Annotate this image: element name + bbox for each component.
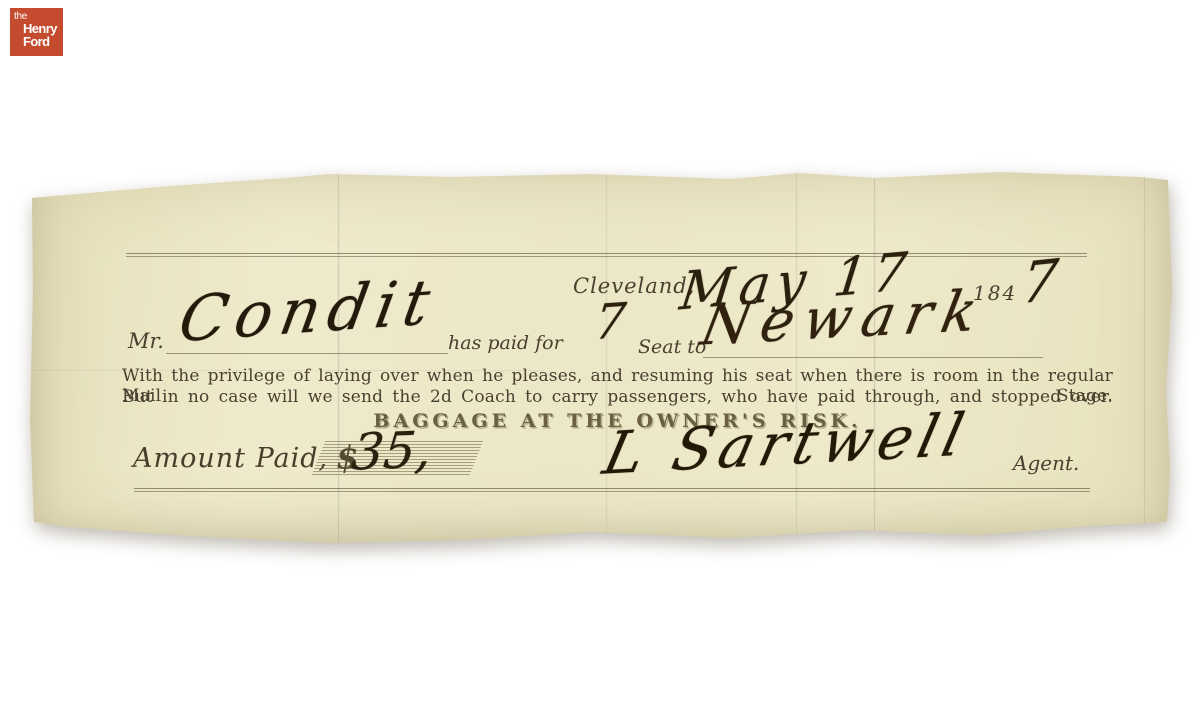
henry-ford-logo: the Henry Ford bbox=[10, 8, 63, 56]
amount-paid-label: Amount Paid, bbox=[133, 443, 328, 474]
amount-handwritten: 35, bbox=[349, 420, 435, 481]
date-rule bbox=[126, 253, 1087, 257]
logo-ford: Ford bbox=[23, 35, 63, 48]
agent-label: Agent. bbox=[1013, 451, 1079, 475]
ticket-paper: Cleveland, 184 Mr. has paid for Seat to … bbox=[30, 170, 1172, 545]
place-label: Cleveland, bbox=[573, 274, 695, 298]
passenger-name-handwritten: Condit bbox=[174, 264, 444, 356]
paid-for-label: has paid for bbox=[448, 332, 563, 354]
bottom-rule bbox=[134, 488, 1090, 492]
seats-handwritten: 7 bbox=[592, 293, 628, 352]
year-digit-handwritten: 7 bbox=[1019, 248, 1061, 318]
ticket-surface: Cleveland, 184 Mr. has paid for Seat to … bbox=[30, 170, 1172, 545]
honorific-label: Mr. bbox=[128, 329, 164, 353]
destination-underline bbox=[703, 357, 1043, 358]
fold-crease bbox=[1143, 170, 1146, 545]
